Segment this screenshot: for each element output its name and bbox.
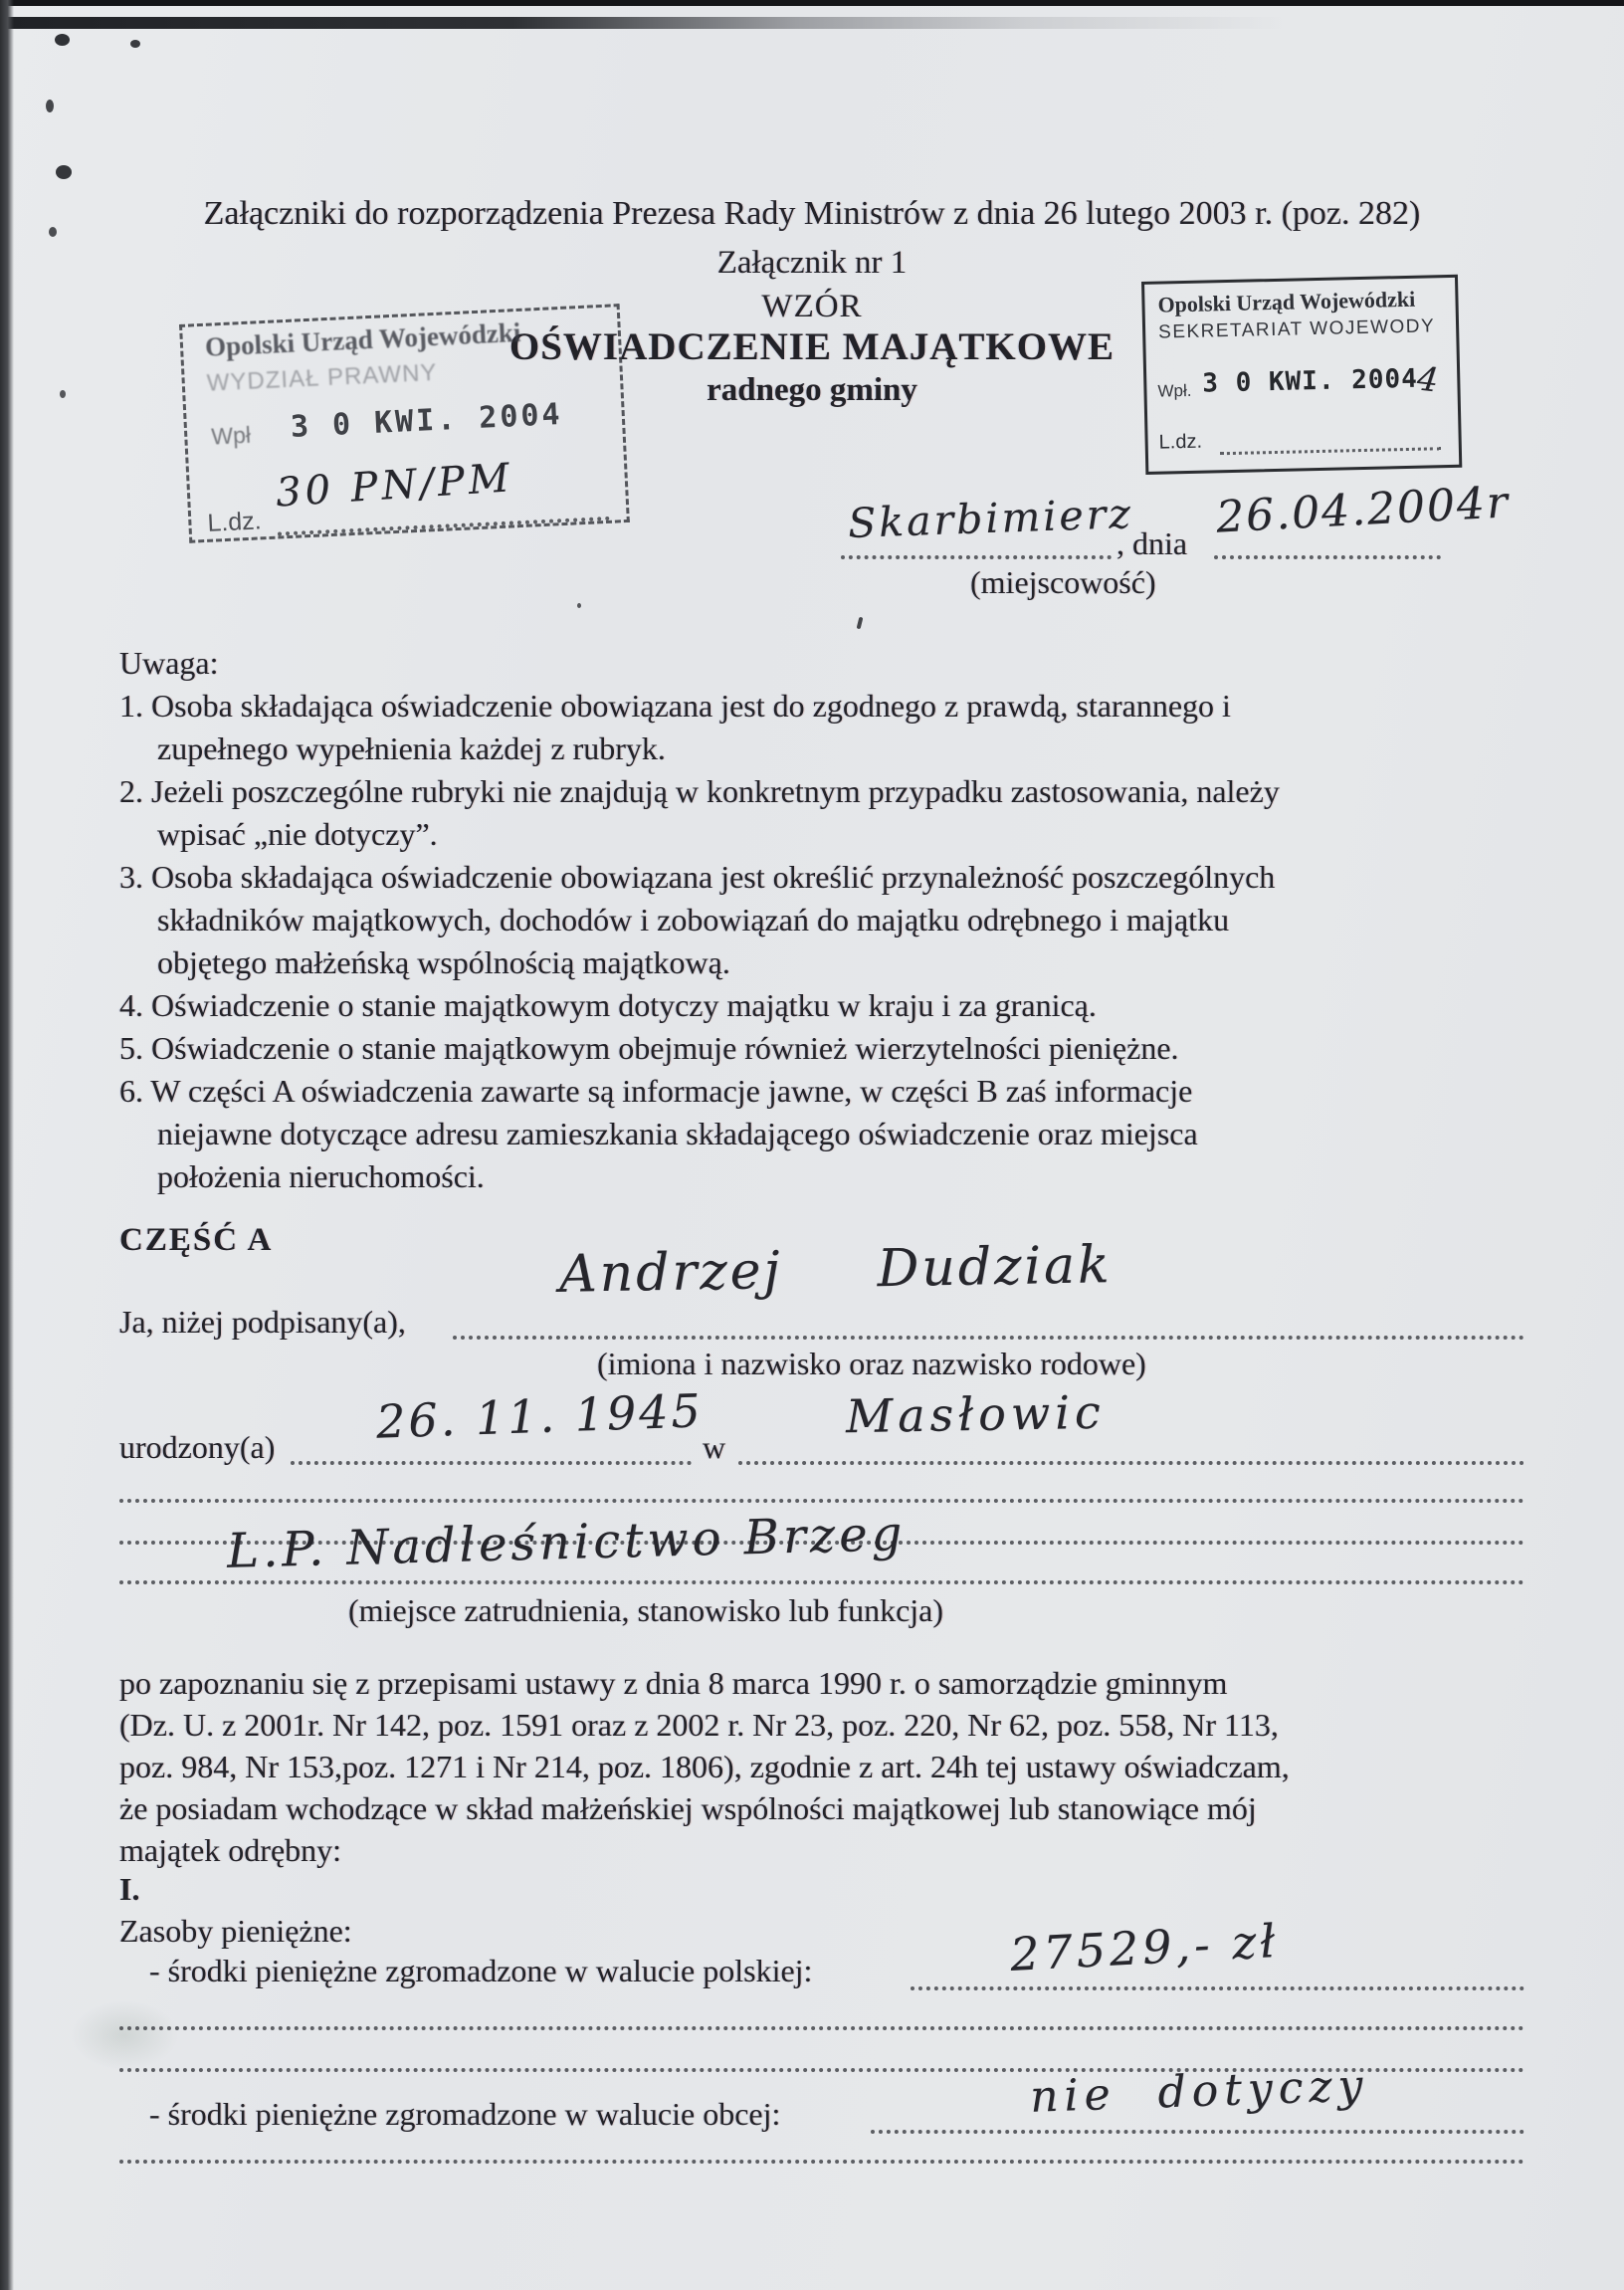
place-handwritten: Skarbimierz bbox=[847, 490, 1133, 547]
uwaga-item-5: 5. Oświadczenie o stanie majątkowym obej… bbox=[119, 1027, 1572, 1070]
right-receipt-stamp: Opolski Urząd Wojewódzki SEKRETARIAT WOJ… bbox=[1141, 275, 1462, 475]
job-dotted-line bbox=[119, 1580, 1524, 1584]
name-caption: (imiona i nazwisko oraz nazwisko rodowe) bbox=[597, 1346, 1146, 1382]
dnia-label: , dnia bbox=[1116, 525, 1187, 562]
polish-funds-label: - środki pieniężne zgromadzone w walucie… bbox=[149, 1953, 812, 1989]
section-i-label: I. bbox=[119, 1871, 139, 1908]
name-handwritten: Andrzej Dudziak bbox=[559, 1235, 1114, 1305]
stamp-ldz-label: L.dz. bbox=[207, 507, 263, 538]
stamp-dept-name: WYDZIAŁ PRAWNY bbox=[206, 359, 438, 398]
scanned-document-page: { "header": { "note": "Załączniki do roz… bbox=[0, 0, 1624, 2290]
born-place-dotted-line bbox=[738, 1461, 1524, 1465]
zasoby-label: Zasoby pieniężne: bbox=[119, 1913, 352, 1950]
scan-smudge bbox=[70, 2000, 179, 2070]
place-caption: (miejscowość) bbox=[970, 564, 1156, 601]
stamp-ldz-dotted-line bbox=[1220, 447, 1441, 455]
uwaga-item-3: 3. Osoba składająca oświadczenie obowiąz… bbox=[119, 856, 1572, 984]
uwaga-item-1: 1. Osoba składająca oświadczenie obowiąz… bbox=[119, 685, 1572, 770]
date-dotted-line bbox=[1214, 555, 1441, 559]
part-a-heading: CZĘŚĆ A bbox=[119, 1222, 273, 1259]
blank-dotted-line bbox=[119, 2026, 1524, 2030]
stamp-org-name: Opolski Urząd Wojewódzki bbox=[204, 317, 521, 363]
scan-speck bbox=[55, 34, 70, 46]
job-handwritten: L.P. Nadleśnictwo Brzeg bbox=[226, 1506, 907, 1579]
scan-speck bbox=[857, 617, 864, 630]
polish-funds-handwritten: 27529,- zł bbox=[1009, 1914, 1281, 1981]
scan-top-edge bbox=[0, 0, 1624, 6]
uwaga-label: Uwaga: bbox=[119, 642, 1572, 685]
born-label: urodzony(a) bbox=[119, 1429, 275, 1466]
foreign-funds-label: - środki pieniężne zgromadzone w walucie… bbox=[149, 2096, 780, 2133]
scan-speck bbox=[46, 100, 54, 112]
born-date-handwritten: 26. 11. 1945 bbox=[375, 1383, 704, 1448]
born-place-handwritten: Masłowic bbox=[846, 1385, 1106, 1444]
uwaga-item-4: 4. Oświadczenie o stanie majątkowym doty… bbox=[119, 984, 1572, 1027]
stamp-date-handwritten-mark: 4 bbox=[1415, 358, 1440, 399]
blank-dotted-line bbox=[119, 2160, 1524, 2164]
stamp-org-name: Opolski Urząd Wojewódzki bbox=[1157, 287, 1415, 318]
scan-speck bbox=[130, 40, 140, 48]
stamp-ldz-dotted-line bbox=[278, 517, 610, 536]
foreign-funds-handwritten: nie dotyczy bbox=[1029, 2060, 1369, 2123]
stamp-ldz-label: L.dz. bbox=[1158, 431, 1202, 455]
born-w-label: w bbox=[703, 1429, 725, 1466]
stamp-received-label: Wpł bbox=[211, 422, 252, 451]
job-caption: (miejsce zatrudnienia, stanowisko lub fu… bbox=[348, 1592, 943, 1629]
foreign-funds-dotted-line bbox=[871, 2130, 1524, 2134]
blank-dotted-line bbox=[119, 1499, 1524, 1503]
stamp-ldz-handwritten: 30 PN/PM bbox=[275, 455, 514, 516]
regulation-note: Załączniki do rozporządzenia Prezesa Rad… bbox=[0, 195, 1624, 233]
polish-funds-dotted-line bbox=[911, 1986, 1524, 1990]
scan-speck bbox=[56, 165, 72, 179]
stamp-received-label: Wpł. bbox=[1157, 381, 1191, 402]
place-dotted-line bbox=[841, 555, 1112, 559]
uwaga-section: Uwaga: 1. Osoba składająca oświadczenie … bbox=[119, 642, 1572, 1198]
stamp-date: 3 0 KWI. 2004 bbox=[290, 397, 563, 445]
date-handwritten: 26.04.2004r bbox=[1215, 477, 1511, 542]
left-receipt-stamp: Opolski Urząd Wojewódzki WYDZIAŁ PRAWNY … bbox=[179, 304, 630, 543]
born-date-dotted-line bbox=[291, 1461, 692, 1465]
scan-top-streak bbox=[0, 17, 1284, 29]
scan-speck bbox=[577, 603, 581, 608]
name-dotted-line bbox=[453, 1336, 1524, 1340]
declaration-paragraph: po zapoznaniu się z przepisami ustawy z … bbox=[119, 1662, 1290, 1871]
ja-label: Ja, niżej podpisany(a), bbox=[119, 1304, 406, 1341]
uwaga-item-2: 2. Jeżeli poszczególne rubryki nie znajd… bbox=[119, 770, 1572, 856]
stamp-date: 3 0 KWI. 2004 bbox=[1202, 364, 1418, 399]
stamp-dept-name: SEKRETARIAT WOJEWODY bbox=[1158, 315, 1436, 343]
uwaga-item-6: 6. W części A oświadczenia zawarte są in… bbox=[119, 1070, 1572, 1198]
